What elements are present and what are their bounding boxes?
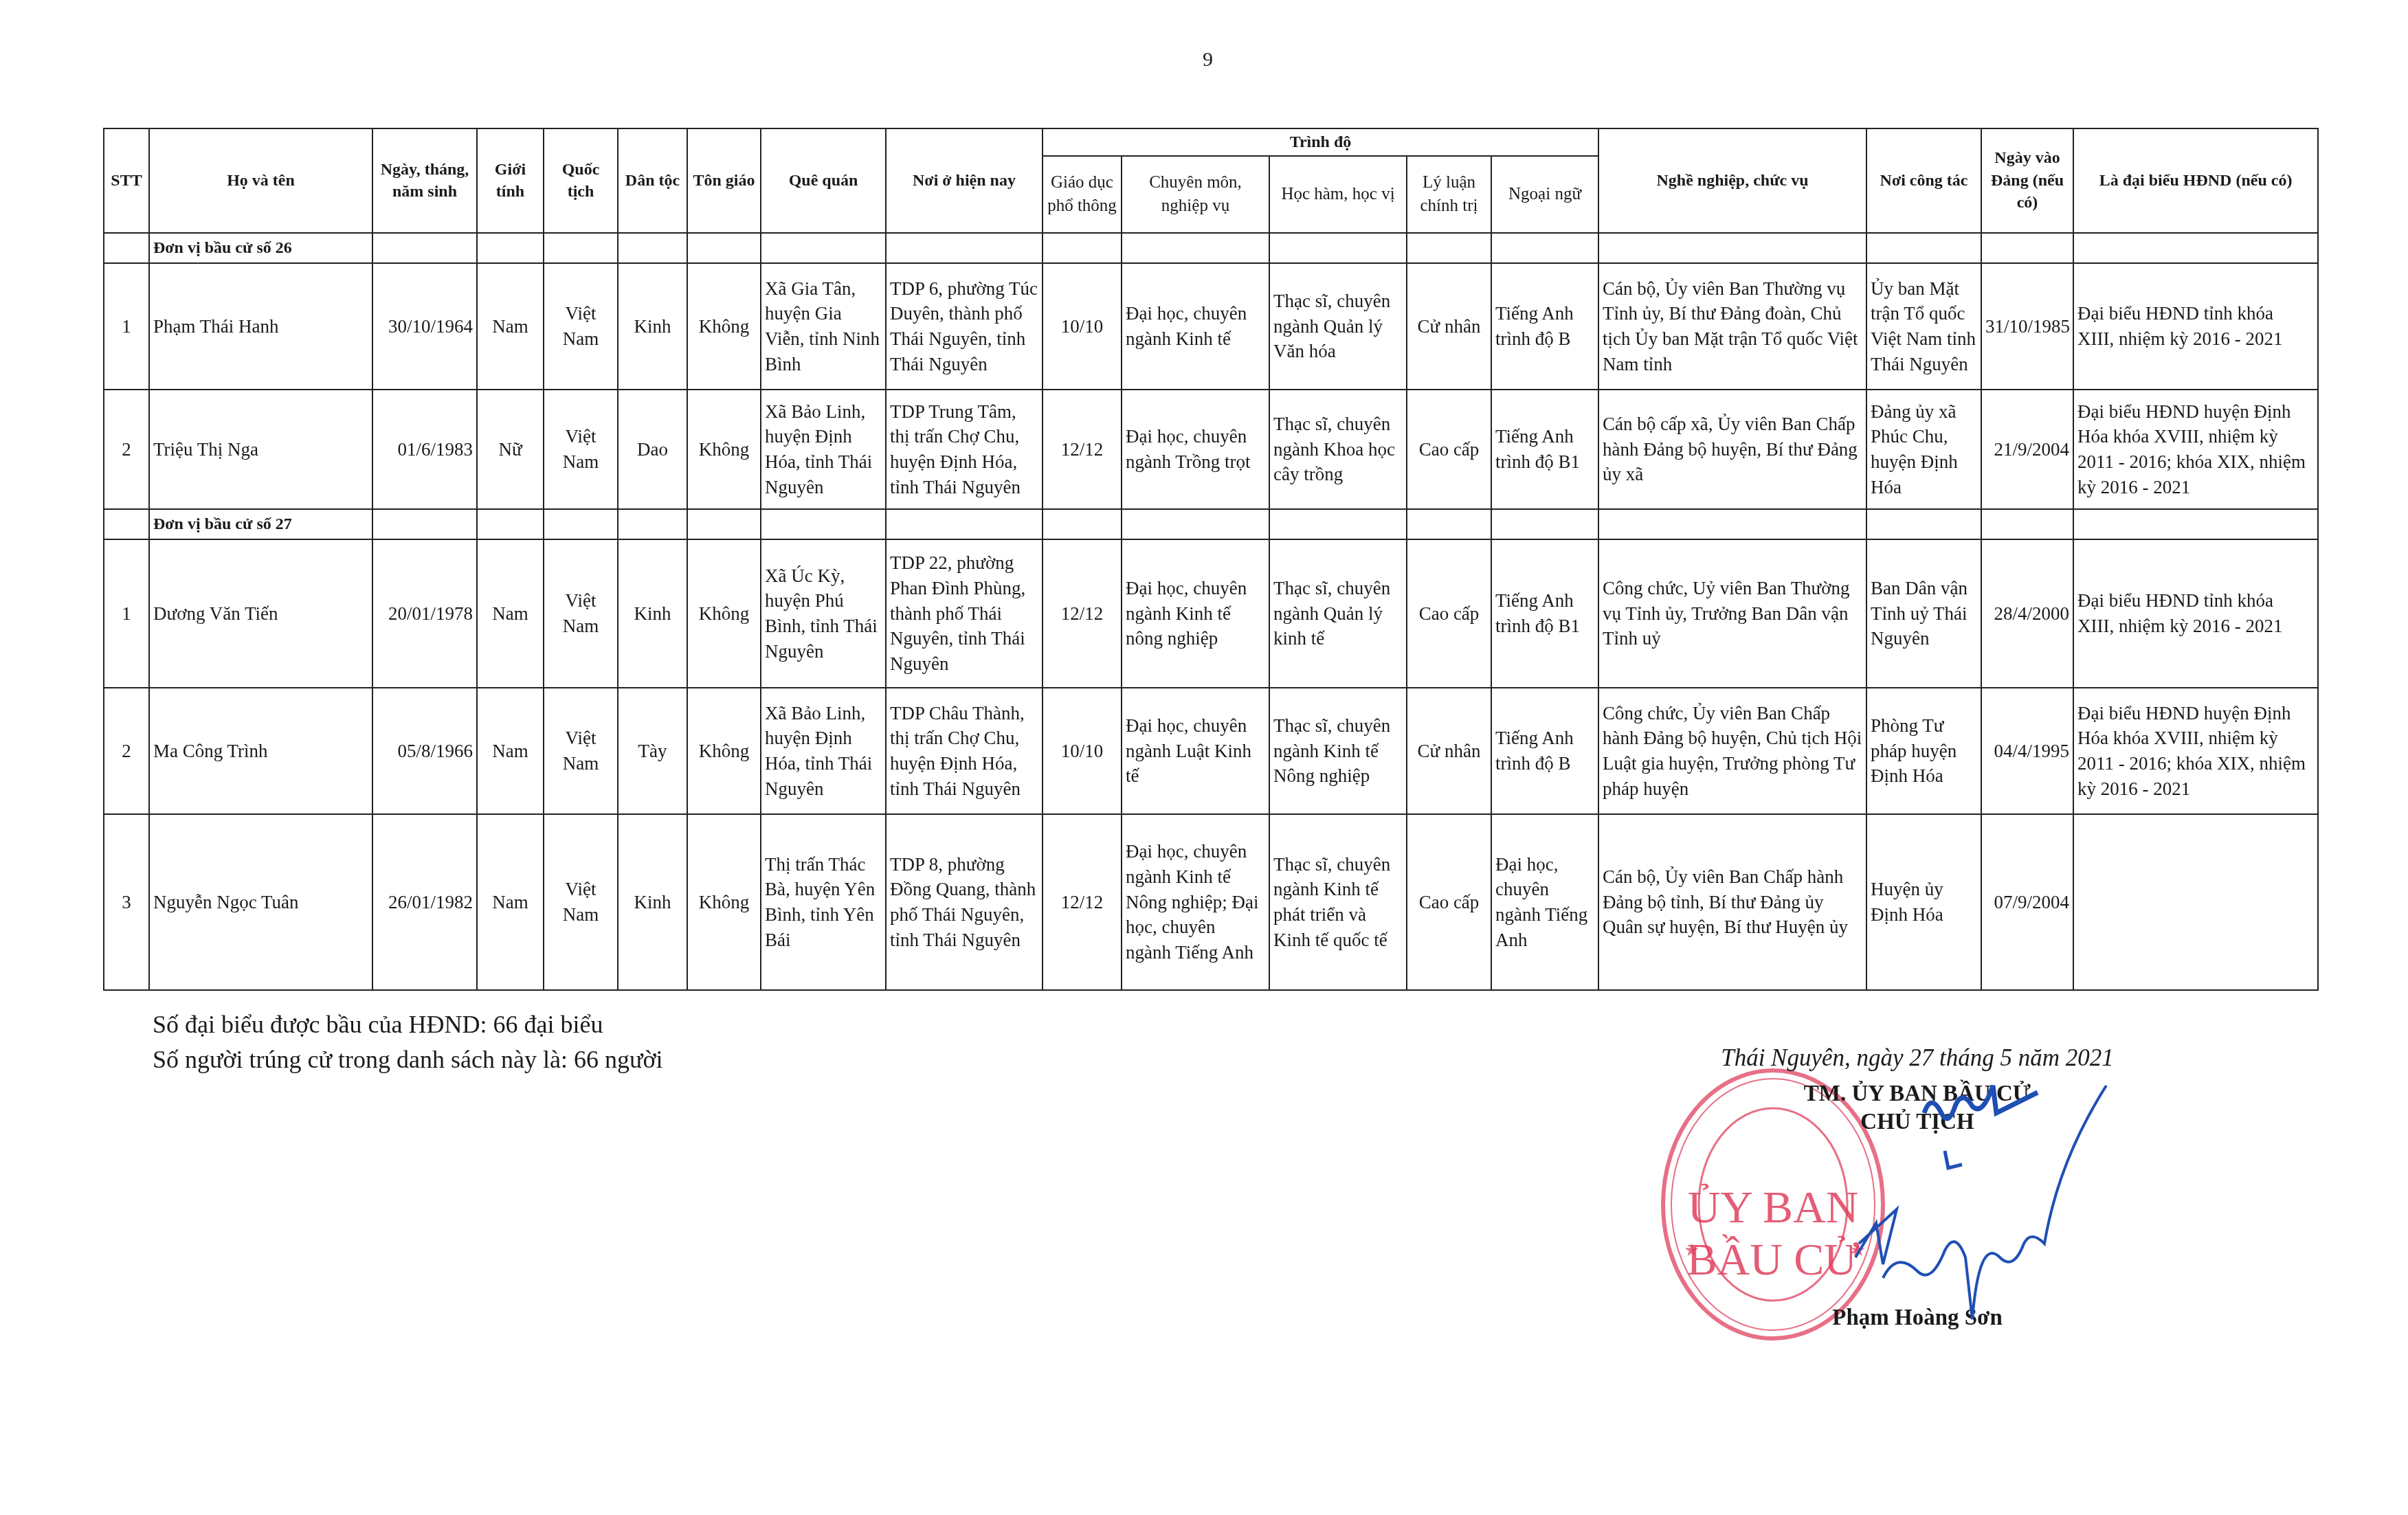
cell-ethnicity: Tày <box>618 688 687 814</box>
cell-foreign-language: Đại học, chuyên ngành Tiếng Anh <box>1491 814 1598 990</box>
cell-council-member: Đại biểu HĐND huyện Định Hóa khóa XVIII,… <box>2073 688 2318 814</box>
cell-general-education: 12/12 <box>1043 814 1122 990</box>
header-religion: Tôn giáo <box>687 128 761 233</box>
cell-professional: Đại học, chuyên ngành Luật Kinh tế <box>1122 688 1269 814</box>
header-name: Họ và tên <box>149 128 372 233</box>
header-ethnicity: Dân tộc <box>618 128 687 233</box>
header-stt: STT <box>104 128 149 233</box>
cell-degree: Thạc sĩ, chuyên ngành Khoa học cây trồng <box>1269 390 1407 509</box>
stamp-center-text: ỦY BAN BẦU CỬ <box>1684 1182 1862 1286</box>
cell-workplace: Phòng Tư pháp huyện Định Hóa <box>1866 688 1981 814</box>
cell-residence: TDP 8, phường Đồng Quang, thành phố Thái… <box>886 814 1043 990</box>
header-workplace: Nơi công tác <box>1866 128 1981 233</box>
cell-professional: Đại học, chuyên ngành Kinh tế nông nghiệ… <box>1122 539 1269 688</box>
summary: Số đại biểu được bầu của HĐND: 66 đại bi… <box>153 1007 663 1077</box>
cell-workplace: Đảng ủy xã Phúc Chu, huyện Định Hóa <box>1866 390 1981 509</box>
cell-name: Phạm Thái Hanh <box>149 263 372 390</box>
cell-gender: Nam <box>477 814 544 990</box>
header-occupation: Nghề nghiệp, chức vụ <box>1598 128 1866 233</box>
cell-stt: 3 <box>104 814 149 990</box>
cell-nationality: Việt Nam <box>544 814 618 990</box>
candidate-table: STT Họ và tên Ngày, tháng, năm sinh Giới… <box>103 128 2319 991</box>
cell-name: Triệu Thị Nga <box>149 390 372 509</box>
cell-religion: Không <box>687 390 761 509</box>
cell-nationality: Việt Nam <box>544 539 618 688</box>
cell-degree: Thạc sĩ, chuyên ngành Quản lý Văn hóa <box>1269 263 1407 390</box>
cell-residence: TDP 6, phường Túc Duyên, thành phố Thái … <box>886 263 1043 390</box>
header-foreign-language: Ngoại ngữ <box>1491 156 1598 233</box>
cell-foreign-language: Tiếng Anh trình độ B1 <box>1491 390 1598 509</box>
cell-stt: 2 <box>104 390 149 509</box>
electoral-unit-label: Đơn vị bầu cử số 27 <box>149 509 372 539</box>
cell-hometown: Xã Bảo Linh, huyện Định Hóa, tỉnh Thái N… <box>761 688 886 814</box>
cell-general-education: 10/10 <box>1043 263 1122 390</box>
cell-general-education: 10/10 <box>1043 688 1122 814</box>
summary-elected-count: Số đại biểu được bầu của HĐND: 66 đại bi… <box>153 1007 663 1042</box>
cell-professional: Đại học, chuyên ngành Kinh tế <box>1122 263 1269 390</box>
cell-gender: Nam <box>477 263 544 390</box>
table-row: 3Nguyễn Ngọc Tuân26/01/1982NamViệt NamKi… <box>104 814 2318 990</box>
table-row: 1Dương Văn Tiến20/01/1978NamViệt NamKinh… <box>104 539 2318 688</box>
table-row: 2Ma Công Trình05/8/1966NamViệt NamTàyKhô… <box>104 688 2318 814</box>
cell-hometown: Xã Úc Kỳ, huyện Phú Bình, tỉnh Thái Nguy… <box>761 539 886 688</box>
cell-hometown: Xã Gia Tân, huyện Gia Viễn, tỉnh Ninh Bì… <box>761 263 886 390</box>
cell-party-date: 07/9/2004 <box>1981 814 2073 990</box>
cell-occupation: Công chức, Ủy viên Ban Chấp hành Đảng bộ… <box>1598 688 1866 814</box>
cell-foreign-language: Tiếng Anh trình độ B1 <box>1491 539 1598 688</box>
cell-foreign-language: Tiếng Anh trình độ B <box>1491 263 1598 390</box>
cell-nationality: Việt Nam <box>544 688 618 814</box>
header-political-theory: Lý luận chính trị <box>1407 156 1491 233</box>
cell-dob: 26/01/1982 <box>372 814 477 990</box>
cell-degree: Thạc sĩ, chuyên ngành Kinh tế Nông nghiệ… <box>1269 688 1407 814</box>
page-number: 9 <box>1203 48 1213 71</box>
cell-name: Ma Công Trình <box>149 688 372 814</box>
cell-gender: Nam <box>477 539 544 688</box>
cell-workplace: Ủy ban Mặt trận Tổ quốc Việt Nam tỉnh Th… <box>1866 263 1981 390</box>
cell-council-member: Đại biểu HĐND tỉnh khóa XIII, nhiệm kỳ 2… <box>2073 539 2318 688</box>
header-hometown: Quê quán <box>761 128 886 233</box>
cell-residence: TDP Châu Thành, thị trấn Chợ Chu, huyện … <box>886 688 1043 814</box>
cell-ethnicity: Kinh <box>618 539 687 688</box>
cell-council-member: Đại biểu HĐND huyện Định Hóa khóa XVIII,… <box>2073 390 2318 509</box>
summary-winners-count: Số người trúng cử trong danh sách này là… <box>153 1042 663 1077</box>
table-row: 2Triệu Thị Nga01/6/1983NữViệt NamDaoKhôn… <box>104 390 2318 509</box>
cell-party-date: 04/4/1995 <box>1981 688 2073 814</box>
header-council-member: Là đại biểu HĐND (nếu có) <box>2073 128 2318 233</box>
cell-occupation: Cán bộ, Ủy viên Ban Chấp hành Đảng bộ tỉ… <box>1598 814 1866 990</box>
cell-dob: 30/10/1964 <box>372 263 477 390</box>
header-nationality: Quốc tịch <box>544 128 618 233</box>
cell-nationality: Việt Nam <box>544 390 618 509</box>
cell-stt: 1 <box>104 263 149 390</box>
cell-degree: Thạc sĩ, chuyên ngành Kinh tế phát triển… <box>1269 814 1407 990</box>
cell-workplace: Huyện ủy Định Hóa <box>1866 814 1981 990</box>
cell-dob: 01/6/1983 <box>372 390 477 509</box>
cell-ethnicity: Kinh <box>618 814 687 990</box>
cell-ethnicity: Kinh <box>618 263 687 390</box>
cell-occupation: Cán bộ cấp xã, Ủy viên Ban Chấp hành Đản… <box>1598 390 1866 509</box>
cell-party-date: 28/4/2000 <box>1981 539 2073 688</box>
handwritten-signature-icon <box>1842 1072 2227 1333</box>
cell-professional: Đại học, chuyên ngành Trồng trọt <box>1122 390 1269 509</box>
cell-foreign-language: Tiếng Anh trình độ B <box>1491 688 1598 814</box>
header-general-education: Giáo dục phổ thông <box>1043 156 1122 233</box>
header-professional: Chuyên môn, nghiệp vụ <box>1122 156 1269 233</box>
cell-dob: 05/8/1966 <box>372 688 477 814</box>
electoral-unit-label: Đơn vị bầu cử số 26 <box>149 233 372 263</box>
signature-place-date: Thái Nguyên, ngày 27 tháng 5 năm 2021 <box>1677 1044 2158 1072</box>
cell-residence: TDP 22, phường Phan Đình Phùng, thành ph… <box>886 539 1043 688</box>
cell-professional: Đại học, chuyên ngành Kinh tế Nông nghiệ… <box>1122 814 1269 990</box>
cell-occupation: Công chức, Uỷ viên Ban Thường vụ Tỉnh ủy… <box>1598 539 1866 688</box>
electoral-unit-row: Đơn vị bầu cử số 27 <box>104 509 2318 539</box>
cell-name: Dương Văn Tiến <box>149 539 372 688</box>
cell-hometown: Thị trấn Thác Bà, huyện Yên Bình, tỉnh Y… <box>761 814 886 990</box>
cell-hometown: Xã Bảo Linh, huyện Định Hóa, tỉnh Thái N… <box>761 390 886 509</box>
cell-religion: Không <box>687 263 761 390</box>
header-degree: Học hàm, học vị <box>1269 156 1407 233</box>
cell-political-theory: Cao cấp <box>1407 390 1491 509</box>
header-gender: Giới tính <box>477 128 544 233</box>
cell-gender: Nữ <box>477 390 544 509</box>
table-row: 1Phạm Thái Hanh30/10/1964NamViệt NamKinh… <box>104 263 2318 390</box>
cell-religion: Không <box>687 688 761 814</box>
header-row-1: STT Họ và tên Ngày, tháng, năm sinh Giới… <box>104 128 2318 156</box>
cell-degree: Thạc sĩ, chuyên ngành Quản lý kinh tế <box>1269 539 1407 688</box>
cell-political-theory: Cao cấp <box>1407 814 1491 990</box>
cell-religion: Không <box>687 539 761 688</box>
cell-occupation: Cán bộ, Ủy viên Ban Thường vụ Tỉnh ủy, B… <box>1598 263 1866 390</box>
cell-ethnicity: Dao <box>618 390 687 509</box>
cell-political-theory: Cử nhân <box>1407 263 1491 390</box>
cell-name: Nguyễn Ngọc Tuân <box>149 814 372 990</box>
cell-political-theory: Cử nhân <box>1407 688 1491 814</box>
cell-party-date: 31/10/1985 <box>1981 263 2073 390</box>
cell-council-member <box>2073 814 2318 990</box>
cell-workplace: Ban Dân vận Tỉnh uỷ Thái Nguyên <box>1866 539 1981 688</box>
cell-general-education: 12/12 <box>1043 390 1122 509</box>
cell-party-date: 21/9/2004 <box>1981 390 2073 509</box>
header-residence: Nơi ở hiện nay <box>886 128 1043 233</box>
cell-general-education: 12/12 <box>1043 539 1122 688</box>
cell-religion: Không <box>687 814 761 990</box>
header-party-date: Ngày vào Đảng (nếu có) <box>1981 128 2073 233</box>
cell-nationality: Việt Nam <box>544 263 618 390</box>
cell-residence: TDP Trung Tâm, thị trấn Chợ Chu, huyện Đ… <box>886 390 1043 509</box>
cell-stt: 2 <box>104 688 149 814</box>
header-dob: Ngày, tháng, năm sinh <box>372 128 477 233</box>
cell-stt: 1 <box>104 539 149 688</box>
cell-dob: 20/01/1978 <box>372 539 477 688</box>
cell-council-member: Đại biểu HĐND tỉnh khóa XIII, nhiệm kỳ 2… <box>2073 263 2318 390</box>
cell-gender: Nam <box>477 688 544 814</box>
electoral-unit-row: Đơn vị bầu cử số 26 <box>104 233 2318 263</box>
cell-political-theory: Cao cấp <box>1407 539 1491 688</box>
header-qualifications: Trình độ <box>1043 128 1598 156</box>
